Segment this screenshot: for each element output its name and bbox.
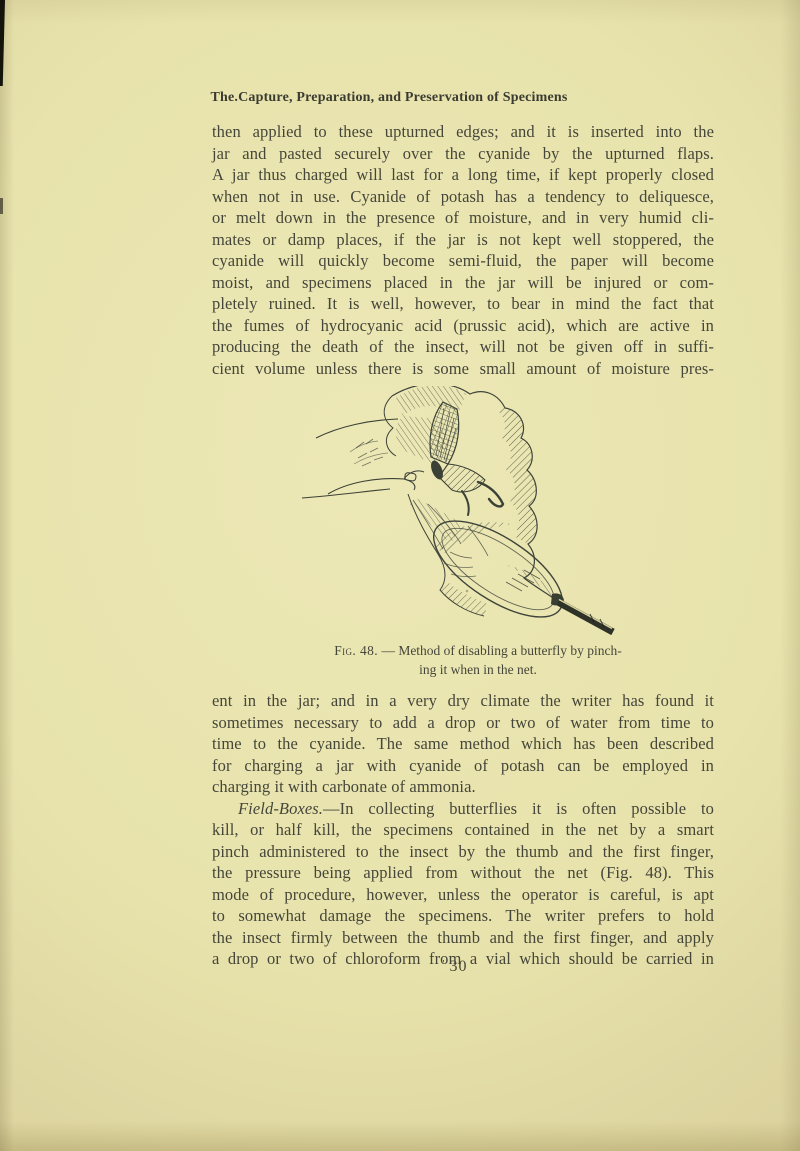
net-ring bbox=[419, 503, 577, 636]
text-line: A jar thus charged will last for a long … bbox=[212, 164, 714, 186]
caption-line: ing it when in the net. bbox=[300, 660, 656, 679]
text-line: when not in use. Cyanide of potash has a… bbox=[212, 186, 714, 208]
text-line: jar and pasted securely over the cyanide… bbox=[212, 143, 714, 165]
text-line: the fumes of hydrocyanic acid (prussic a… bbox=[212, 315, 714, 337]
figure-caption: Fig. 48. — Method of disabling a butterf… bbox=[300, 641, 656, 679]
body-paragraph-2-3: ent in the jar; and in a very dry climat… bbox=[212, 690, 714, 970]
text-line: producing the death of the insect, will … bbox=[212, 336, 714, 358]
figure-48: Fig. 48. — Method of disabling a butterf… bbox=[300, 386, 656, 679]
page-number-mark: ' bbox=[443, 958, 445, 970]
text-line: mates or damp places, if the jar is not … bbox=[212, 229, 714, 251]
text-line: the pressure being applied from without … bbox=[212, 862, 714, 884]
running-head: The.Capture, Preparation, and Preservati… bbox=[195, 90, 583, 106]
scan-edge-artifact bbox=[0, 0, 5, 86]
text-line: to somewhat damage the specimens. The wr… bbox=[212, 905, 714, 927]
text-line: charging it with carbonate of ammonia. bbox=[212, 776, 714, 798]
text-line: then applied to these upturned edges; an… bbox=[212, 121, 714, 143]
scan-edge-artifact bbox=[0, 198, 3, 214]
butterfly bbox=[429, 402, 503, 515]
text-line: mode of procedure, however, unless the o… bbox=[212, 884, 714, 906]
text-line: ent in the jar; and in a very dry climat… bbox=[212, 690, 714, 712]
text-line: Field-Boxes.—In collecting butterflies i… bbox=[212, 798, 714, 820]
text-line: cyanide will quickly become semi-fluid, … bbox=[212, 250, 714, 272]
text-line: time to the cyanide. The same method whi… bbox=[212, 733, 714, 755]
text-line: moist, and specimens placed in the jar w… bbox=[212, 272, 714, 294]
text-line: kill, or half kill, the specimens contai… bbox=[212, 819, 714, 841]
caption-line: Fig. 48. — Method of disabling a butterf… bbox=[300, 641, 656, 660]
text-line: cient volume unless there is some small … bbox=[212, 358, 714, 380]
net-handle bbox=[551, 593, 613, 632]
text-line: for charging a jar with cyanide of potas… bbox=[212, 755, 714, 777]
text-line: or melt down in the presence of moisture… bbox=[212, 207, 714, 229]
text-line: pletely ruined. It is well, however, to … bbox=[212, 293, 714, 315]
page-number: '30 bbox=[204, 958, 706, 976]
butterfly-net-illustration bbox=[300, 386, 656, 638]
text-line: the insect firmly between the thumb and … bbox=[212, 927, 714, 949]
body-paragraph-1: then applied to these upturned edges; an… bbox=[212, 121, 714, 379]
figure-label: Fig. 48. bbox=[334, 643, 378, 658]
text-line: pinch administered to the insect by the … bbox=[212, 841, 714, 863]
text-line: sometimes necessary to add a drop or two… bbox=[212, 712, 714, 734]
run-in-heading: Field-Boxes. bbox=[238, 799, 323, 818]
scanned-book-page: The.Capture, Preparation, and Preservati… bbox=[0, 0, 800, 1151]
